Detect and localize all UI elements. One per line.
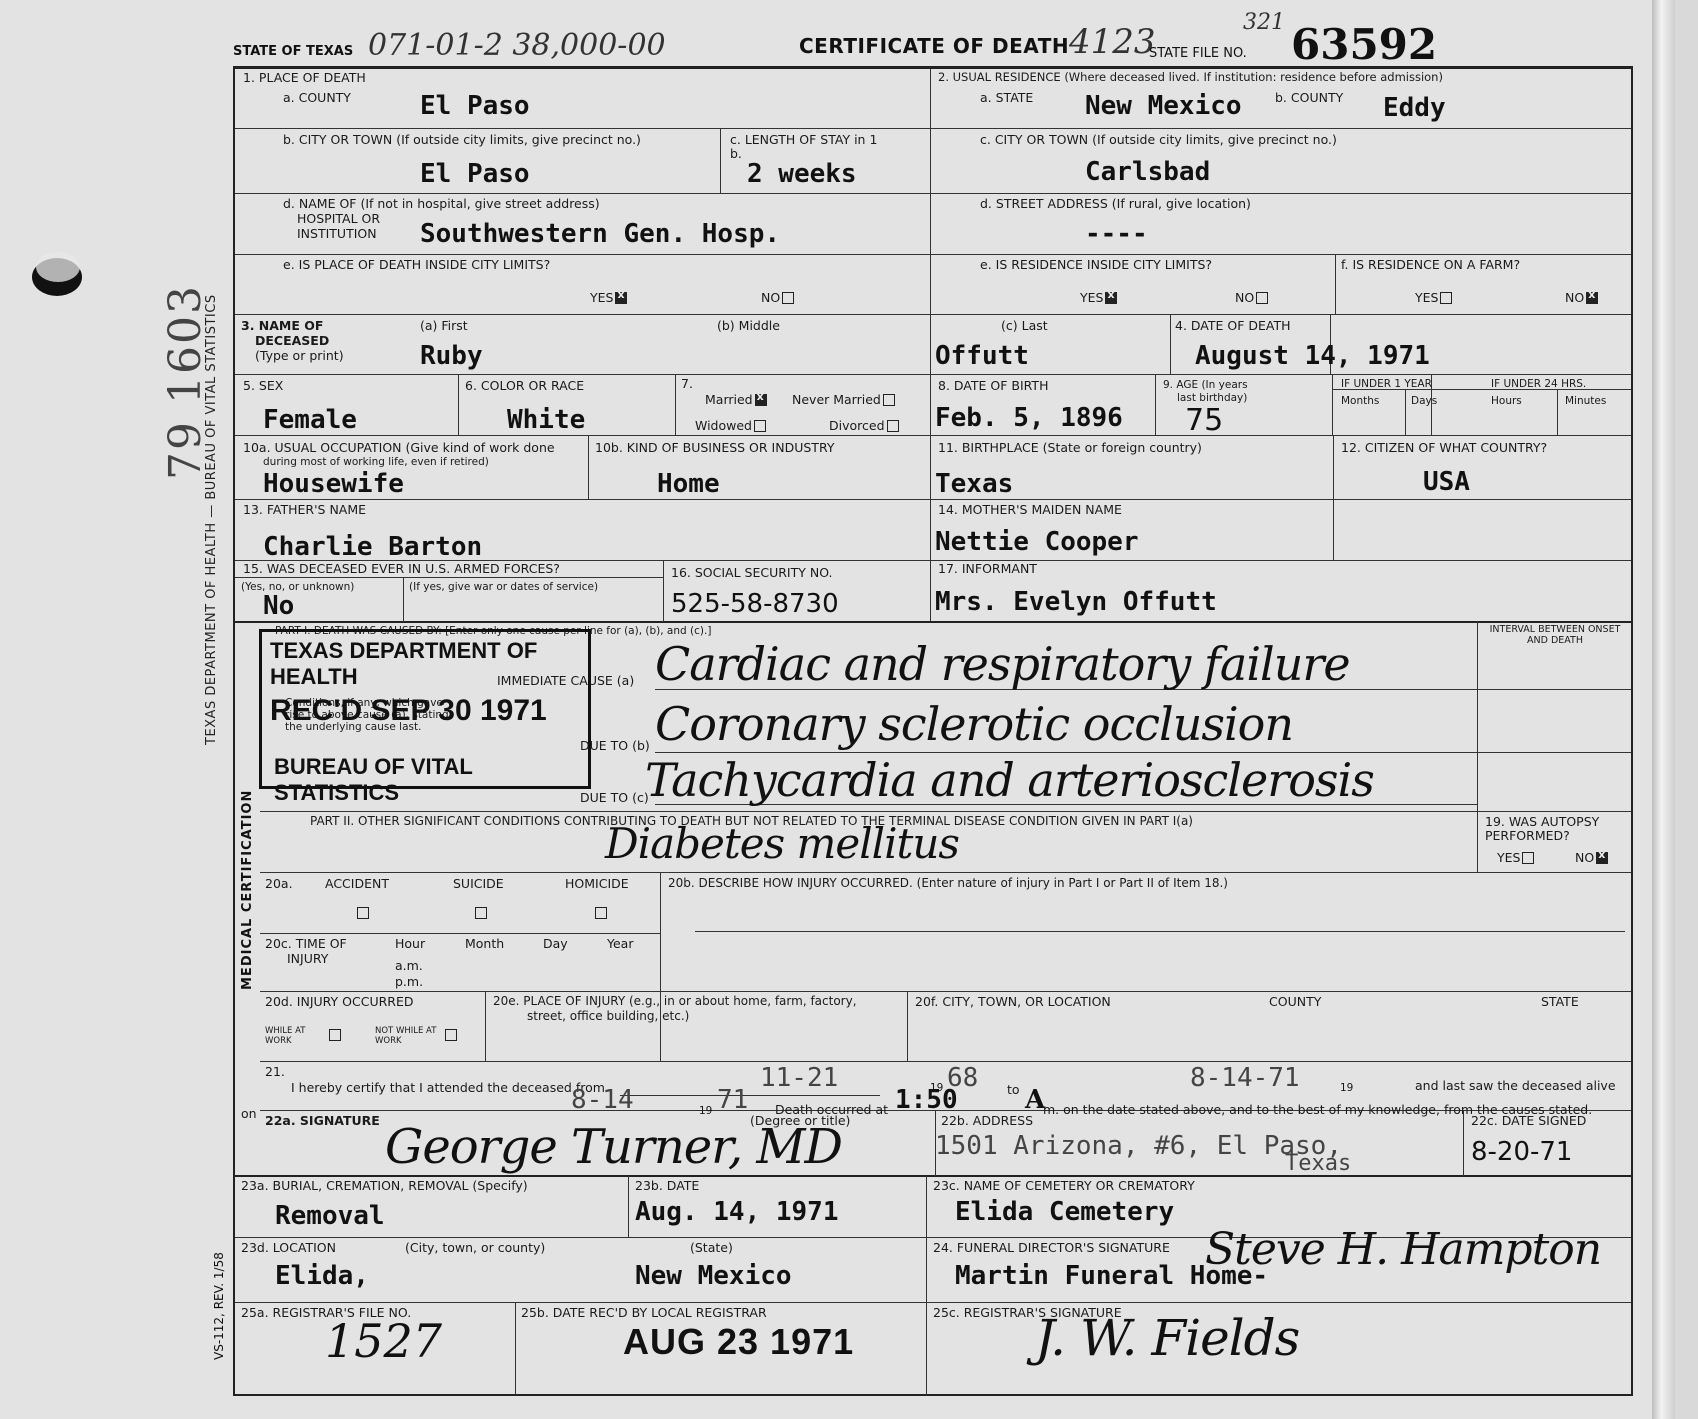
interval-label: INTERVAL BETWEEN ONSET AND DEATH: [1485, 625, 1625, 647]
last-name-label: (c) Last: [1001, 319, 1048, 333]
mother-label: 14. MOTHER'S MAIDEN NAME: [938, 503, 1122, 517]
to-year-prefix: 19: [1340, 1082, 1353, 1094]
autopsy-no[interactable]: NO: [1575, 851, 1608, 865]
race-value: White: [507, 405, 585, 435]
autopsy-label: 19. WAS AUTOPSY PERFORMED?: [1485, 815, 1625, 844]
time-of-injury-label: 20c. TIME OF: [265, 937, 347, 951]
armed-forces-sub2: (If yes, give war or dates of service): [409, 581, 598, 593]
checkbox-checked[interactable]: [615, 292, 627, 304]
pod-inside-city-label: e. IS PLACE OF DEATH INSIDE CITY LIMITS?: [283, 258, 550, 272]
year-label: Year: [607, 937, 633, 951]
sex-label: 5. SEX: [243, 379, 283, 393]
res-inside-city-label: e. IS RESIDENCE INSIDE CITY LIMITS?: [980, 258, 1212, 272]
marital-never-married[interactable]: Never Married: [792, 393, 895, 407]
checkbox[interactable]: [1522, 852, 1534, 864]
res-county-label: b. COUNTY: [1275, 91, 1343, 105]
checkbox-checked[interactable]: [1596, 852, 1608, 864]
occupation-label-2: during most of working life, even if ret…: [263, 456, 489, 468]
due-to-b-value: Coronary sclerotic occlusion: [655, 697, 1293, 751]
pm-label: p.m.: [395, 975, 423, 989]
place-of-injury-label: 20e. PLACE OF INJURY (e.g., in or about …: [493, 995, 857, 1009]
checkbox-checked[interactable]: [1586, 292, 1598, 304]
paper-edge: [1652, 0, 1675, 1419]
suicide-label: SUICIDE: [453, 877, 504, 891]
cemetery-value: Elida Cemetery: [955, 1197, 1174, 1227]
handwritten-code: 071-01-2 38,000-00: [368, 28, 666, 63]
birthplace-label: 11. BIRTHPLACE (State or foreign country…: [938, 441, 1202, 455]
business-value: Home: [657, 469, 720, 499]
item-21-label: 21.: [265, 1065, 285, 1079]
degree-label: (Degree or title): [750, 1114, 850, 1128]
minutes-label: Minutes: [1565, 395, 1606, 407]
physician-address-2: Texas: [1285, 1151, 1351, 1176]
funeral-director-signature: Steve H. Hampton: [1205, 1224, 1601, 1275]
place-of-injury-label-2: street, office building, etc.): [527, 1010, 689, 1024]
while-at-work-label: WHILE AT WORK: [265, 1027, 323, 1047]
to-label: to: [1007, 1083, 1020, 1097]
father-value: Charlie Barton: [263, 532, 482, 562]
pod-inside-city-no[interactable]: NO: [761, 291, 794, 305]
res-street-label: d. STREET ADDRESS (If rural, give locati…: [980, 197, 1251, 211]
last-name-value: Offutt: [935, 341, 1029, 371]
res-city-value: Carlsbad: [1085, 157, 1210, 187]
stamp-line-3: BUREAU OF VITAL STATISTICS: [274, 754, 588, 806]
day-label: Day: [543, 937, 568, 951]
injury-county-label: COUNTY: [1269, 995, 1321, 1009]
registrar-signature: J. W. Fields: [1035, 1309, 1299, 1367]
registrar-file-value: 1527: [325, 1314, 442, 1368]
farm-no[interactable]: NO: [1565, 291, 1598, 305]
farm-yes[interactable]: YES: [1415, 291, 1452, 305]
birthplace-value: Texas: [935, 469, 1013, 499]
res-city-label: c. CITY OR TOWN (If outside city limits,…: [980, 133, 1337, 147]
res-inside-city-no[interactable]: NO: [1235, 291, 1268, 305]
pod-county-value: El Paso: [420, 91, 530, 121]
last-saw-text: and last saw the deceased alive: [1415, 1079, 1616, 1093]
location-value: Elida,: [275, 1261, 369, 1291]
pod-inside-city-yes[interactable]: YES: [590, 291, 627, 305]
punch-hole: [32, 258, 82, 296]
certify-text: I hereby certify that I attended the dec…: [291, 1081, 605, 1095]
checkbox-checked[interactable]: [755, 394, 767, 406]
armed-forces-label: 15. WAS DECEASED EVER IN U.S. ARMED FORC…: [243, 562, 560, 576]
name-label-2: DECEASED: [255, 334, 329, 348]
burial-label: 23a. BURIAL, CREMATION, REMOVAL (Specify…: [241, 1179, 528, 1193]
res-state-label: a. STATE: [980, 91, 1033, 105]
ssn-value: 525-58-8730: [671, 589, 839, 619]
name-label: 3. NAME OF: [241, 319, 323, 333]
location-sub-label: (City, town, or county): [405, 1241, 545, 1255]
date-of-death-label: 4. DATE OF DEATH: [1175, 319, 1291, 333]
disposition-date-value: Aug. 14, 1971: [635, 1197, 839, 1227]
date-of-death-value: August 14, 1971: [1195, 341, 1430, 371]
dob-value: Feb. 5, 1896: [935, 403, 1123, 433]
checkbox[interactable]: [1256, 292, 1268, 304]
handwritten-number: 4123: [1069, 22, 1156, 62]
res-street-value: ----: [1085, 219, 1148, 249]
on-label: on: [241, 1107, 257, 1121]
part2-value: Diabetes mellitus: [605, 819, 959, 868]
am-label: a.m.: [395, 959, 423, 973]
month-label: Month: [465, 937, 504, 951]
location-state-value: New Mexico: [635, 1261, 792, 1291]
occupation-label: 10a. USUAL OCCUPATION (Give kind of work…: [243, 441, 555, 455]
father-label: 13. FATHER'S NAME: [243, 503, 366, 517]
armed-forces-sub1: (Yes, no, or unknown): [241, 581, 354, 593]
res-state-value: New Mexico: [1085, 91, 1242, 121]
pod-city-label: b. CITY OR TOWN (If outside city limits,…: [283, 133, 641, 147]
time-of-injury-label-2: INJURY: [287, 952, 328, 966]
res-inside-city-yes[interactable]: YES: [1080, 291, 1117, 305]
marital-label: 7.: [681, 377, 693, 391]
race-label: 6. COLOR OR RACE: [465, 379, 584, 393]
res-county-value: Eddy: [1383, 93, 1446, 123]
pod-city-value: El Paso: [420, 159, 530, 189]
checkbox[interactable]: [883, 394, 895, 406]
address-label: 22b. ADDRESS: [941, 1114, 1033, 1128]
attended-from-date: 11-21: [760, 1063, 838, 1093]
due-to-c-label: DUE TO (c): [580, 791, 649, 805]
checkbox[interactable]: [754, 420, 766, 432]
armed-forces-value: No: [263, 591, 294, 621]
last-saw-year: 71: [717, 1085, 748, 1115]
pod-county-label: a. COUNTY: [283, 91, 351, 105]
registrar-date-label: 25b. DATE REC'D BY LOCAL REGISTRAR: [521, 1306, 767, 1320]
certificate-header: STATE OF TEXAS 071-01-2 38,000-00 CERTIF…: [233, 28, 1633, 68]
signature-label: 22a. SIGNATURE: [265, 1114, 380, 1128]
hospital-label-3: INSTITUTION: [297, 227, 377, 241]
immediate-cause-value: Cardiac and respiratory failure: [655, 637, 1350, 691]
form-revision: VS-112, REV. 1/58: [212, 1252, 226, 1360]
usual-residence-label: 2. USUAL RESIDENCE (Where deceased lived…: [938, 71, 1443, 84]
side-department-text: TEXAS DEPARTMENT OF HEALTH — BUREAU OF V…: [204, 294, 219, 745]
state-file-number: 63592: [1291, 20, 1437, 69]
registrar-date-value: AUG 23 1971: [623, 1321, 854, 1363]
certificate-form: 1. PLACE OF DEATH a. COUNTY El Paso b. C…: [233, 66, 1633, 1396]
location-label: 23d. LOCATION: [241, 1241, 336, 1255]
months-label: Months: [1341, 395, 1379, 407]
occupation-value: Housewife: [263, 469, 404, 499]
funeral-director-label: 24. FUNERAL DIRECTOR'S SIGNATURE: [933, 1241, 1170, 1255]
days-label: Days: [1411, 395, 1437, 407]
state-file-label: STATE FILE NO.: [1149, 46, 1247, 61]
suicide-checkbox[interactable]: [475, 907, 487, 919]
certificate-page: 79 1603 TEXAS DEPARTMENT OF HEALTH — BUR…: [0, 0, 1675, 1419]
checkbox[interactable]: [782, 292, 794, 304]
accident-checkbox[interactable]: [357, 907, 369, 919]
while-at-work-checkbox[interactable]: [329, 1029, 341, 1041]
not-while-at-work-label: NOT WHILE AT WORK: [375, 1027, 443, 1047]
length-of-stay-value: 2 weeks: [747, 159, 857, 189]
date-signed-value: 8-20-71: [1471, 1137, 1572, 1167]
on-year-prefix: 19: [699, 1105, 712, 1117]
burial-value: Removal: [275, 1201, 385, 1231]
state-label: STATE OF TEXAS: [233, 44, 353, 59]
injury-city-label: 20f. CITY, TOWN, OR LOCATION: [915, 995, 1111, 1009]
received-stamp: TEXAS DEPARTMENT OF HEALTH REC'D SEP 30 …: [259, 629, 591, 789]
stamp-line-2: REC'D SEP 30 1971: [270, 694, 547, 728]
due-to-c-value: Tachycardia and arteriosclerosis: [645, 753, 1374, 807]
first-name-value: Ruby: [420, 341, 483, 371]
business-label: 10b. KIND OF BUSINESS OR INDUSTRY: [595, 441, 834, 455]
injury-20a-label: 20a.: [265, 877, 293, 891]
not-while-at-work-checkbox[interactable]: [445, 1029, 457, 1041]
checkbox[interactable]: [887, 420, 899, 432]
place-of-death-label: 1. PLACE OF DEATH: [243, 71, 366, 85]
attended-to-date: 8-14-71: [1190, 1063, 1300, 1093]
ssn-label: 16. SOCIAL SECURITY NO.: [671, 566, 833, 580]
autopsy-yes[interactable]: YES: [1497, 851, 1534, 865]
hours-label: Hours: [1491, 395, 1522, 407]
informant-value: Mrs. Evelyn Offutt: [935, 587, 1217, 617]
sex-value: Female: [263, 405, 357, 435]
name-label-3: (Type or print): [255, 349, 344, 363]
physician-address: 1501 Arizona, #6, El Paso,: [935, 1131, 1342, 1161]
checkbox-checked[interactable]: [1105, 292, 1117, 304]
first-name-label: (a) First: [420, 319, 468, 333]
date-signed-label: 22c. DATE SIGNED: [1471, 1114, 1586, 1128]
certificate-title: CERTIFICATE OF DEATH: [799, 34, 1069, 58]
homicide-label: HOMICIDE: [565, 877, 629, 891]
time-of-death: 1:50: [895, 1085, 958, 1115]
last-saw-date: 8-14: [571, 1085, 634, 1115]
stamp-line-1: TEXAS DEPARTMENT OF HEALTH: [270, 638, 588, 690]
marital-married[interactable]: Married: [705, 393, 767, 407]
middle-name-label: (b) Middle: [717, 319, 780, 333]
hour-label: Hour: [395, 937, 425, 951]
length-of-stay-label: c. LENGTH OF STAY in 1 b.: [730, 133, 890, 162]
mother-value: Nettie Cooper: [935, 527, 1139, 557]
age-value: 75: [1185, 403, 1223, 438]
cemetery-label: 23c. NAME OF CEMETERY OR CREMATORY: [933, 1179, 1195, 1193]
accident-label: ACCIDENT: [325, 877, 389, 891]
farm-label: f. IS RESIDENCE ON A FARM?: [1341, 258, 1520, 272]
hospital-value: Southwestern Gen. Hosp.: [420, 219, 780, 249]
hospital-label: d. NAME OF (If not in hospital, give str…: [283, 197, 600, 211]
marital-divorced[interactable]: Divorced: [829, 419, 899, 433]
disposition-date-label: 23b. DATE: [635, 1179, 699, 1193]
citizen-label: 12. CITIZEN OF WHAT COUNTRY?: [1341, 441, 1547, 455]
hospital-label-2: HOSPITAL OR: [297, 212, 380, 226]
homicide-checkbox[interactable]: [595, 907, 607, 919]
describe-injury-label: 20b. DESCRIBE HOW INJURY OCCURRED. (Ente…: [668, 877, 1228, 891]
citizen-value: USA: [1423, 467, 1470, 497]
location-state-sub-label: (State): [690, 1241, 733, 1255]
informant-label: 17. INFORMANT: [938, 562, 1037, 576]
injury-occurred-label: 20d. INJURY OCCURRED: [265, 995, 414, 1009]
handwritten-superscript: 321: [1243, 10, 1285, 35]
dob-label: 8. DATE OF BIRTH: [938, 379, 1048, 393]
checkbox[interactable]: [1440, 292, 1452, 304]
age-label: 9. AGE (In years: [1163, 379, 1248, 391]
injury-state-label: STATE: [1541, 995, 1579, 1009]
marital-widowed[interactable]: Widowed: [695, 419, 766, 433]
